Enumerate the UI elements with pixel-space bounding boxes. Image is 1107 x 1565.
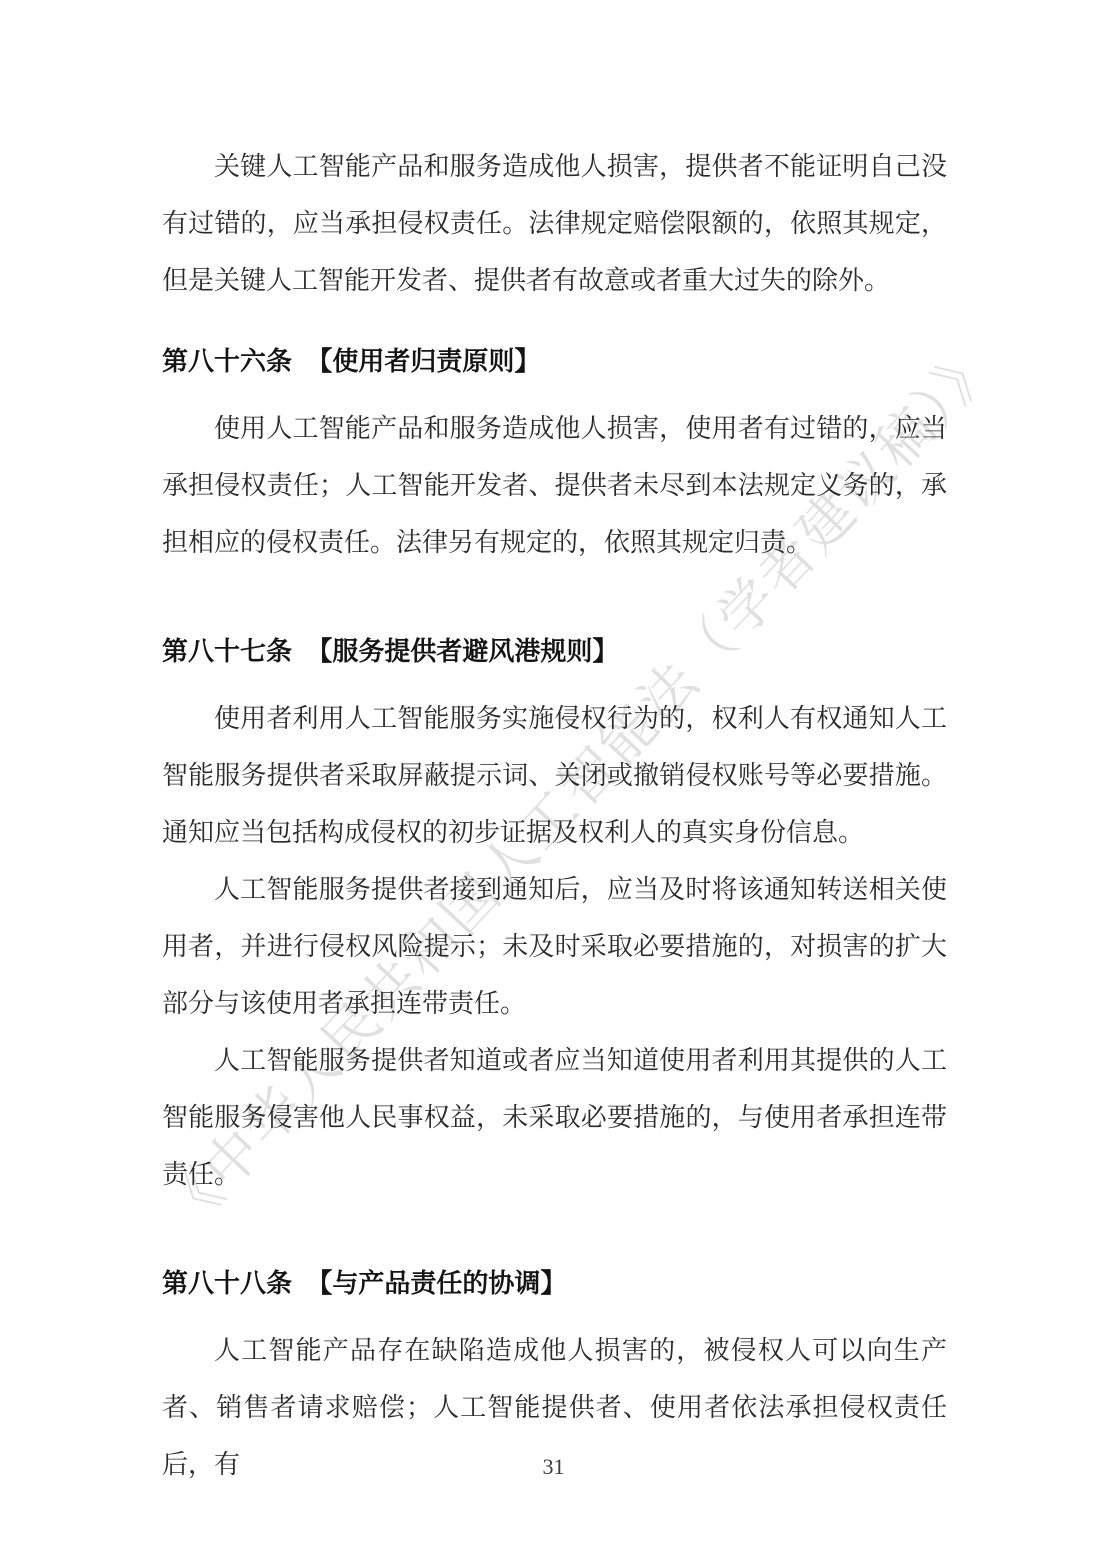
article-88-heading: 第八十八条【与产品责任的协调】	[162, 1255, 947, 1312]
article-87-paragraph-2: 人工智能服务提供者接到通知后，应当及时将该通知转送相关使用者，并进行侵权风险提示…	[162, 861, 947, 1032]
carryover-paragraph: 关键人工智能产品和服务造成他人损害，提供者不能证明自己没有过错的，应当承担侵权责…	[162, 138, 947, 309]
article-87: 第八十七条【服务提供者避风港规则】 使用者利用人工智能服务实施侵权行为的，权利人…	[162, 623, 947, 1203]
article-87-paragraph-3: 人工智能服务提供者知道或者应当知道使用者利用其提供的人工智能服务侵害他人民事权益…	[162, 1032, 947, 1203]
article-86: 第八十六条【使用者归责原则】 使用人工智能产品和服务造成他人损害，使用者有过错的…	[162, 333, 947, 571]
article-86-paragraph: 使用人工智能产品和服务造成他人损害，使用者有过错的，应当承担侵权责任；人工智能开…	[162, 400, 947, 571]
law-document-page: 《中华人民共和国人工智能法（学者建议稿）》 关键人工智能产品和服务造成他人损害，…	[0, 0, 1107, 1565]
article-86-number: 第八十六条	[162, 347, 292, 376]
article-88-number: 第八十八条	[162, 1269, 292, 1298]
page-content: 关键人工智能产品和服务造成他人损害，提供者不能证明自己没有过错的，应当承担侵权责…	[0, 0, 1107, 1493]
page-number: 31	[0, 1452, 1107, 1482]
article-88-title: 【与产品责任的协调】	[306, 1269, 566, 1298]
article-86-heading: 第八十六条【使用者归责原则】	[162, 333, 947, 390]
article-87-heading: 第八十七条【服务提供者避风港规则】	[162, 623, 947, 680]
article-87-number: 第八十七条	[162, 637, 292, 666]
article-87-title: 【服务提供者避风港规则】	[306, 637, 618, 666]
article-87-paragraph-1: 使用者利用人工智能服务实施侵权行为的，权利人有权通知人工智能服务提供者采取屏蔽提…	[162, 690, 947, 861]
article-86-title: 【使用者归责原则】	[306, 347, 540, 376]
